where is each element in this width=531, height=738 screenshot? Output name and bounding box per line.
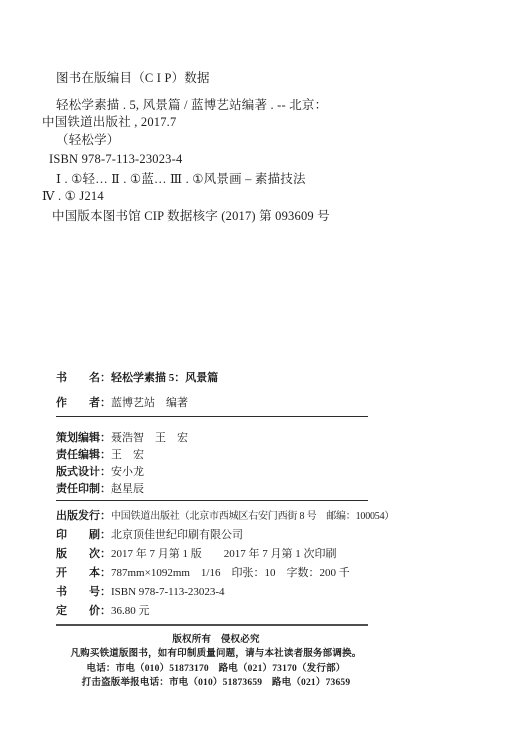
isbn-value: ISBN 978-7-113-23023-4 bbox=[111, 586, 225, 598]
row-label: 责任印制 bbox=[56, 483, 100, 496]
row-label: 作者 bbox=[56, 397, 100, 410]
row-colon: ： bbox=[100, 372, 111, 384]
copyright-notice-line: 版权所有 侵权必究 bbox=[36, 633, 396, 647]
row-colon: ： bbox=[100, 432, 111, 444]
author-row: 作者：蓝博艺站 编著 bbox=[56, 397, 368, 410]
copyright-page: 图书在版编目（C I P）数据 轻松学素描 . 5, 风景篇 / 蓝博艺站编著 … bbox=[0, 0, 531, 738]
author-value: 蓝博艺站 编著 bbox=[111, 397, 188, 409]
publisher-row: 出版发行：中国铁道出版社（北京市西城区右安门西街 8 号 邮编：100054） bbox=[56, 510, 368, 523]
print-supervisor-row: 责任印制：赵星辰 bbox=[56, 483, 368, 496]
row-colon: ： bbox=[100, 605, 111, 617]
book-title-value: 轻松学素描 5：风景篇 bbox=[111, 372, 218, 384]
row-colon: ： bbox=[100, 466, 111, 478]
row-label: 开本 bbox=[56, 567, 100, 580]
row-label: 版式设计 bbox=[56, 466, 100, 479]
format-value: 787mm×1092mm 1/16 印张：10 字数：200 千 bbox=[111, 567, 350, 579]
print-supervisor-value: 赵星辰 bbox=[111, 483, 144, 495]
row-colon: ： bbox=[100, 567, 111, 579]
row-label: 责任编辑 bbox=[56, 449, 100, 462]
row-colon: ： bbox=[100, 529, 111, 541]
row-colon: ： bbox=[100, 586, 111, 598]
printer-row: 印刷：北京顶佳世纪印刷有限公司 bbox=[56, 529, 368, 542]
layout-designer-row: 版式设计：安小龙 bbox=[56, 466, 368, 479]
copyright-footer: 版权所有 侵权必究 凡购买铁道版图书，如有印制质量问题，请与本社读者服务部调换。… bbox=[36, 633, 396, 690]
service-phone-line: 电话：市电（010）51873170 路电（021）73170（发行部） bbox=[36, 662, 396, 676]
isbn-row: 书号：ISBN 978-7-113-23023-4 bbox=[56, 586, 368, 599]
row-colon: ： bbox=[100, 397, 111, 409]
exchange-notice-line: 凡购买铁道版图书，如有印制质量问题，请与本社读者服务部调换。 bbox=[36, 647, 396, 661]
price-value: 36.80 元 bbox=[111, 605, 150, 617]
row-label: 定价 bbox=[56, 605, 100, 618]
cip-line-classification-1: Ⅰ . ①轻… Ⅱ . ①蓝… Ⅲ . ①风景画 – 素描技法 bbox=[42, 171, 402, 189]
piracy-report-phone-line: 打击盗版举报电话：市电（010）51873659 路电（021）73659 bbox=[36, 676, 396, 690]
cip-line-series: （轻松学） bbox=[42, 132, 402, 150]
row-label: 书名 bbox=[56, 372, 100, 385]
row-colon: ： bbox=[100, 483, 111, 495]
responsible-editor-row: 责任编辑：王 宏 bbox=[56, 449, 368, 462]
layout-designer-value: 安小龙 bbox=[111, 466, 144, 478]
printer-value: 北京顶佳世纪印刷有限公司 bbox=[111, 529, 243, 541]
publisher-value: 中国铁道出版社（北京市西城区右安门西街 8 号 邮编：100054） bbox=[111, 511, 394, 522]
row-label: 出版发行 bbox=[56, 510, 100, 523]
cip-block: 图书在版编目（C I P）数据 轻松学素描 . 5, 风景篇 / 蓝博艺站编著 … bbox=[42, 70, 402, 225]
cip-line-isbn: ISBN 978-7-113-23023-4 bbox=[42, 151, 402, 169]
cip-line-title-statement: 轻松学素描 . 5, 风景篇 / 蓝博艺站编著 . -- 北京： bbox=[42, 97, 402, 115]
row-colon: ： bbox=[100, 548, 111, 560]
responsible-editor-value: 王 宏 bbox=[111, 449, 144, 461]
divider-rule-bottom bbox=[56, 624, 368, 626]
row-colon: ： bbox=[100, 510, 111, 522]
planning-editor-row: 策划编辑：聂浩智 王 宏 bbox=[56, 432, 368, 445]
cip-title: 图书在版编目（C I P）数据 bbox=[42, 70, 402, 88]
price-row: 定价：36.80 元 bbox=[56, 605, 368, 618]
edition-value: 2017 年 7 月第 1 版 2017 年 7 月第 1 次印刷 bbox=[111, 548, 337, 560]
row-label: 书号 bbox=[56, 586, 100, 599]
edition-row: 版次：2017 年 7 月第 1 版 2017 年 7 月第 1 次印刷 bbox=[56, 548, 368, 561]
row-label: 版次 bbox=[56, 548, 100, 561]
cip-line-record-number: 中国版本图书馆 CIP 数据核字 (2017) 第 093609 号 bbox=[42, 208, 402, 226]
format-row: 开本：787mm×1092mm 1/16 印张：10 字数：200 千 bbox=[56, 567, 368, 580]
divider-rule-top bbox=[56, 416, 368, 417]
divider-rule-middle bbox=[56, 500, 368, 501]
row-colon: ： bbox=[100, 449, 111, 461]
cip-line-publisher: 中国铁道出版社 , 2017.7 bbox=[42, 114, 402, 132]
planning-editor-value: 聂浩智 王 宏 bbox=[111, 432, 188, 444]
cip-line-classification-2: Ⅳ . ① J214 bbox=[42, 188, 402, 206]
book-title-row: 书名：轻松学素描 5：风景篇 bbox=[56, 372, 368, 385]
row-label: 策划编辑 bbox=[56, 432, 100, 445]
book-info-block: 书名：轻松学素描 5：风景篇 作者：蓝博艺站 编著 策划编辑：聂浩智 王 宏 责… bbox=[56, 372, 368, 626]
row-label: 印刷 bbox=[56, 529, 100, 542]
